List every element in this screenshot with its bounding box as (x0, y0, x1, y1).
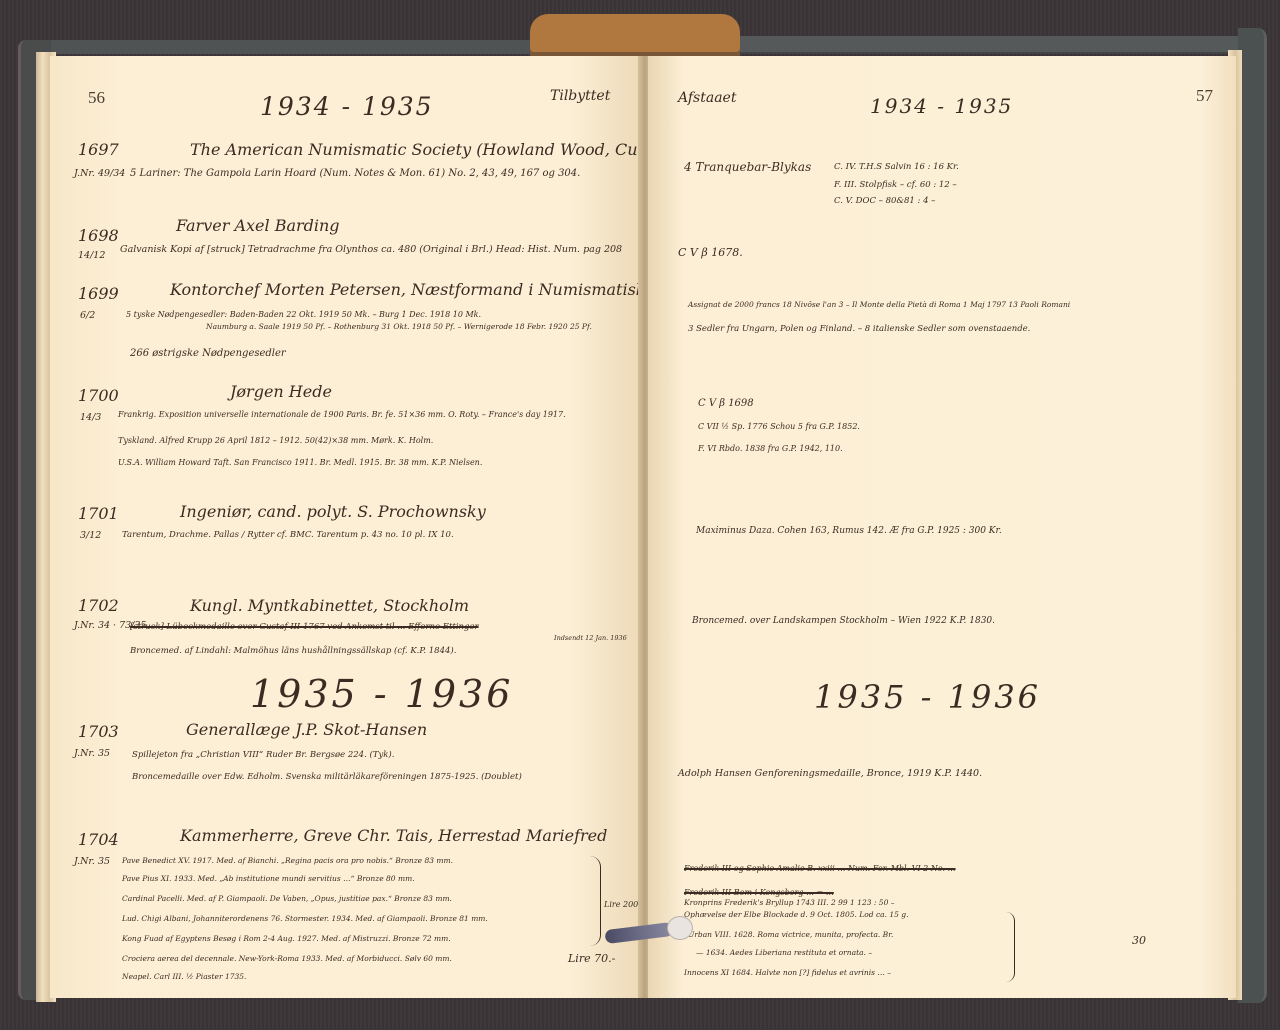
item-row: C. IV. T.H.S Salvin 16 : 16 Kr. (834, 162, 959, 172)
entry-ref: 6/2 (80, 310, 95, 321)
entry-annotation: Indsendt 12 Jan. 1936 (554, 634, 627, 642)
item-text: Ophævelse der Elbe Blockade d. 9 Oct. 18… (684, 910, 909, 919)
entry-ref: 14/3 (80, 412, 101, 423)
entry-number: 1700 (78, 386, 119, 405)
entry-line: 5 Lariner: The Gampola Larin Hoard (Num.… (130, 168, 580, 179)
item-row: C VII ½ Sp. 1776 Schou 5 fra G.P. 1852. (698, 422, 860, 431)
book-spine-headband (530, 14, 740, 58)
item-text: 3 Sedler fra Ungarn, Polen og Finland. –… (688, 324, 1030, 334)
entry-number: 1697 (78, 140, 119, 159)
section-year-header: 1935 - 1936 (250, 672, 513, 716)
section-year-header: 1935 - 1936 (814, 678, 1041, 716)
item-row: F. VI Rbdo. 1838 fra G.P. 1942, 110. (698, 444, 843, 453)
entry-line: 266 østrigske Nødpengesedler (130, 348, 286, 359)
entry-line: Pave Benedict XV. 1917. Med. af Bianchi.… (122, 856, 453, 865)
year-header: 1934 - 1935 (260, 92, 434, 121)
item-row: F. III. Stolpfisk – cf. 60 : 12 – (834, 180, 957, 190)
column-label: Afstaaet (678, 90, 736, 106)
entry-ref: J.Nr. 49/34 (74, 168, 125, 179)
item-text: Innocens XI 1684. Halvte non [?] fidelus… (684, 968, 891, 977)
entry-donor: Kammerherre, Greve Chr. Tais, Herrestad … (180, 826, 607, 845)
item-text: Assignat de 2000 francs 18 Nivôse l'an 3… (688, 300, 1070, 309)
entry-ref: 3/12 (80, 530, 101, 541)
bracket-value: 30 (1132, 934, 1146, 947)
entry-line: Crociera aerea del decennale. New-York-R… (122, 954, 452, 963)
item-text: Maximinus Daza. Cohen 163, Rumus 142. Æ … (696, 526, 1002, 536)
item-text: Urban VIII. 1628. Roma victrice, munita,… (688, 930, 893, 939)
cover-right-edge (1238, 28, 1267, 1003)
item-text: Adolph Hansen Genforeningsmedaille, Bron… (678, 768, 982, 779)
bracket (590, 856, 601, 946)
entry-line: Tarentum, Drachme. Pallas / Rytter cf. B… (122, 530, 454, 540)
column-label: Tilbyttet (550, 88, 610, 104)
item-text: C V β 1678. (678, 246, 743, 259)
item-text-struck: Frederik III og Sophie Amalie B. xxiii …… (684, 864, 956, 873)
item-text-struck: Frederik III Bom i Kongsberg … = … (684, 888, 834, 897)
entry-line: Kong Fuad af Egyptens Besøg i Rom 2-4 Au… (122, 934, 451, 943)
entry-number: 1698 (78, 226, 119, 245)
entry-line: Cardinal Pacelli. Med. af P. Giampaoli. … (122, 894, 452, 903)
value-note: Lire 70.- (568, 952, 615, 965)
entry-line: 5 tyske Nødpengesedler: Baden-Baden 22 O… (126, 310, 481, 319)
bracket-note: Lire 200 (604, 900, 638, 909)
entry-line: Frankrig. Exposition universelle interna… (118, 410, 566, 419)
entry-line: Pave Pius XI. 1933. Med. „Ab institution… (122, 874, 415, 883)
entry-donor: Kungl. Myntkabinettet, Stockholm (190, 596, 469, 615)
entry-number: 1704 (78, 830, 119, 849)
entry-line: Lud. Chigi Albani, Johanniterordenens 76… (122, 914, 488, 923)
page-number: 56 (88, 88, 105, 108)
bookmark-ribbon-end (667, 916, 693, 940)
entry-ref: J.Nr. 35 (74, 856, 110, 867)
entry-ref: 14/12 (78, 250, 105, 261)
entry-line: U.S.A. William Howard Taft. San Francisc… (118, 458, 482, 467)
entry-number: 1702 (78, 596, 119, 615)
year-header: 1934 - 1935 (870, 94, 1013, 118)
entry-line: Broncemed. af Lindahl: Malmöhus läns hus… (130, 646, 456, 656)
item-text: Broncemed. over Landskampen Stockholm – … (692, 616, 995, 626)
item-text: Kronprins Frederik's Bryllup 1743 III. 2… (684, 898, 894, 907)
left-page: 56 1934 - 1935 Tilbyttet 1697 J.Nr. 49/3… (50, 56, 642, 998)
item-row: C. V. DOC – 80&81 : 4 – (834, 196, 935, 206)
right-page: Afstaaet 1934 - 1935 57 4 Tranquebar-Bly… (648, 56, 1236, 998)
entry-line: Galvanisk Kopi af [struck] Tetradrachme … (120, 244, 622, 255)
entry-line-struck: [struck] Lübeckmedaille over Gustaf III … (130, 622, 479, 632)
item-text: 4 Tranquebar-Blykas (684, 160, 811, 174)
entry-number: 1701 (78, 504, 119, 523)
entry-donor: Ingeniør, cand. polyt. S. Prochownsky (180, 502, 486, 521)
bracket (1006, 912, 1015, 982)
entry-line: Spillejeton fra „Christian VIII“ Ruder B… (132, 750, 394, 760)
entry-donor: Jørgen Hede (230, 382, 332, 401)
entry-line: Broncemedaille over Edw. Edholm. Svenska… (132, 772, 522, 782)
entry-donor: Farver Axel Barding (176, 216, 340, 235)
page-number: 57 (1196, 86, 1213, 106)
item-text: C V β 1698 (698, 398, 754, 409)
entry-number: 1699 (78, 284, 119, 303)
entry-line: Neapel. Carl III. ½ Piaster 1735. (122, 972, 246, 981)
entry-donor: The American Numismatic Society (Howland… (190, 140, 685, 159)
entry-donor: Generallæge J.P. Skot-Hansen (186, 720, 427, 739)
entry-ref: J.Nr. 35 (74, 748, 110, 759)
entry-number: 1703 (78, 722, 119, 741)
entry-line: Naumburg a. Saale 1919 50 Pf. – Rothenbu… (206, 322, 592, 331)
entry-line: Tyskland. Alfred Krupp 26 April 1812 – 1… (118, 436, 433, 445)
item-text: — 1634. Aedes Liberiana restituta et orn… (696, 948, 872, 957)
